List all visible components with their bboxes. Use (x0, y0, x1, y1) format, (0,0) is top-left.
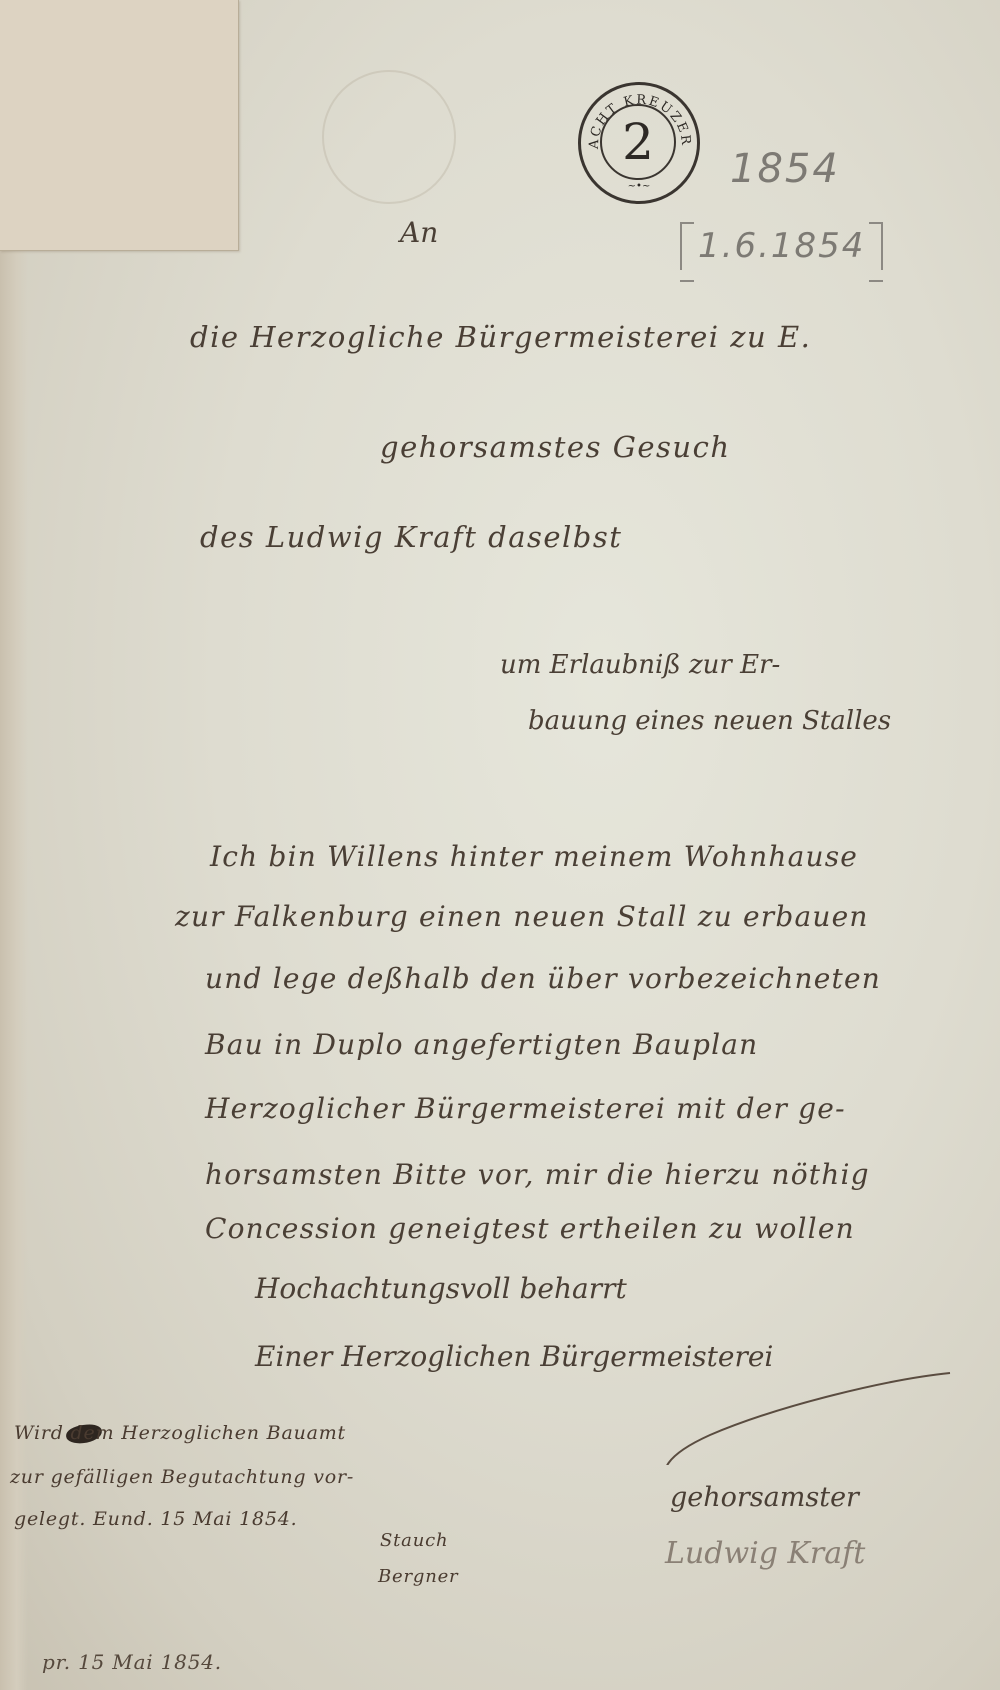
subject-line: bauung eines neuen Stalles (528, 706, 891, 736)
marginal-note-line: Wird dem Herzoglichen Bauamt (14, 1422, 346, 1444)
address-line: gehorsamstes Gesuch (380, 430, 731, 464)
body-line: Ich bin Willens hinter meinem Wohnhause (210, 840, 858, 873)
stamp-value-circle: 2 (600, 104, 676, 180)
received-date-note: pr. 15 Mai 1854. (42, 1650, 222, 1674)
body-line: Herzoglicher Bürgermeisterei mit der ge- (205, 1092, 846, 1125)
marginal-note-line: zur gefälligen Begutachtung vor- (10, 1466, 354, 1488)
address-line: des Ludwig Kraft daselbst (200, 520, 622, 554)
body-line: zur Falkenburg einen neuen Stall zu erba… (175, 900, 869, 933)
body-line: Concession geneigtest ertheilen zu wolle… (205, 1212, 855, 1245)
signature-valediction: gehorsamster (670, 1482, 859, 1513)
closing-line: Hochachtungsvoll beharrt (255, 1272, 627, 1305)
pasted-paper-slip (0, 0, 239, 251)
embossed-seal-icon (322, 70, 456, 204)
revenue-stamp: ACHT KREUZER ~•~ 2 (578, 82, 700, 204)
pencil-year-annotation: 1854 (730, 146, 840, 192)
stamp-ornament-icon: ~•~ (628, 181, 651, 192)
marginal-note-signature: Bergner (378, 1566, 458, 1587)
body-line: und lege deßhalb den über vorbezeichnete… (205, 962, 881, 995)
subject-line: um Erlaubniß zur Er- (500, 650, 780, 680)
salutation: An (400, 216, 438, 249)
body-line: Bau in Duplo angefertigten Bauplan (205, 1028, 758, 1061)
stamp-value: 2 (622, 117, 654, 167)
marginal-note-line: gelegt. Eund. 15 Mai 1854. (14, 1508, 298, 1530)
address-line: die Herzogliche Bürgermeisterei zu E. (190, 320, 811, 354)
signature-name: Ludwig Kraft (665, 1536, 865, 1571)
document-page: ACHT KREUZER ~•~ 2 1854 1.6.1854 An die … (0, 0, 1000, 1690)
pen-flourish-icon (640, 1365, 960, 1465)
body-line: horsamsten Bitte vor, mir die hierzu nöt… (205, 1158, 870, 1191)
marginal-note-signature: Stauch (380, 1530, 448, 1551)
pencil-date-annotation: 1.6.1854 (680, 222, 883, 270)
